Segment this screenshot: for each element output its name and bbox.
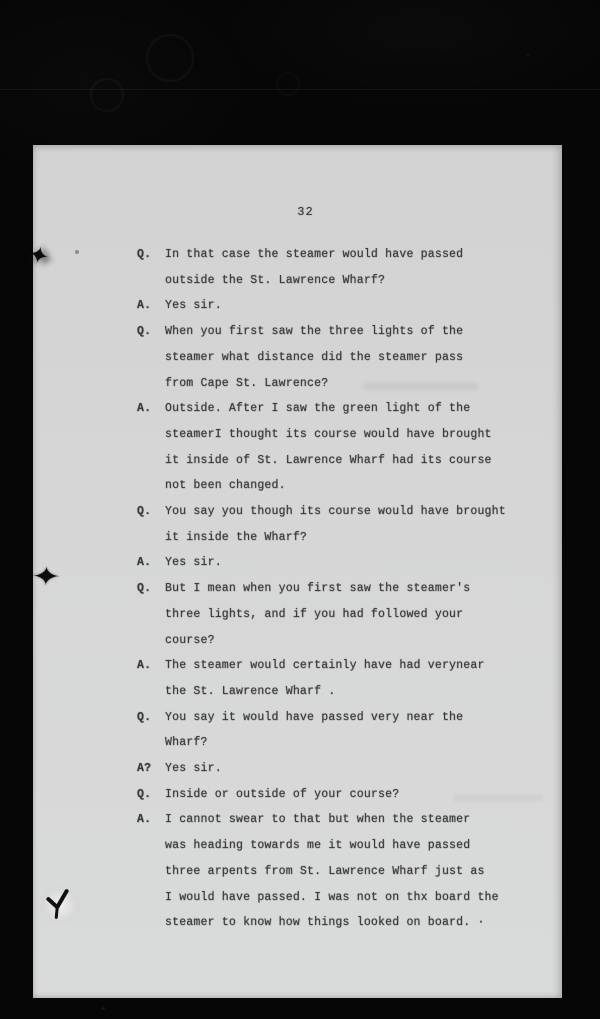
qa-lines: When you first saw the three lights of t… (165, 319, 534, 396)
qa-line: Outside. After I saw the green light of … (165, 396, 534, 422)
qa-entry: Q.You say you though its course would ha… (137, 499, 534, 550)
qa-line: not been changed. (165, 473, 534, 499)
qa-line: steamerI thought its course would have b… (165, 422, 534, 448)
qa-entry: Q.In that case the steamer would have pa… (137, 242, 534, 293)
film-ring-artifact (276, 72, 300, 96)
qa-line: was heading towards me it would have pas… (165, 833, 534, 859)
qa-line: Yes sir. (165, 756, 534, 782)
film-ring-artifact (90, 78, 124, 112)
qa-line: from Cape St. Lawrence? (165, 371, 534, 397)
qa-entry: Q.You say it would have passed very near… (137, 705, 534, 756)
qa-lines: But I mean when you first saw the steame… (165, 576, 534, 653)
qa-line: steamer to know how things looked on boa… (165, 910, 534, 936)
qa-line: three arpents from St. Lawrence Wharf ju… (165, 859, 534, 885)
film-ring-artifact (146, 34, 194, 82)
qa-line: In that case the steamer would have pass… (165, 242, 534, 268)
qa-line: Wharf? (165, 730, 534, 756)
ink-dot-mark (75, 250, 79, 254)
qa-line: You say you though its course would have… (165, 499, 534, 525)
ink-blot-star-icon: ✦ (30, 554, 62, 597)
qa-lines: In that case the steamer would have pass… (165, 242, 534, 293)
qa-label: Q. (137, 319, 165, 345)
qa-line: I would have passed. I was not on thx bo… (165, 885, 534, 911)
film-speck (102, 1007, 105, 1010)
qa-label: Q. (137, 499, 165, 525)
qa-line: outside the St. Lawrence Wharf? (165, 268, 534, 294)
qa-label: A. (137, 807, 165, 833)
qa-line: You say it would have passed very near t… (165, 705, 534, 731)
qa-line: the St. Lawrence Wharf . (165, 679, 534, 705)
qa-label: Q. (137, 705, 165, 731)
qa-label: Q. (137, 576, 165, 602)
ink-smudge (453, 795, 543, 801)
ink-smudge (363, 383, 478, 390)
qa-line: it inside of St. Lawrence Wharf had its … (165, 448, 534, 474)
qa-lines: You say you though its course would have… (165, 499, 534, 550)
qa-entry: A.I cannot swear to that but when the st… (137, 807, 534, 936)
qa-line: I cannot swear to that but when the stea… (165, 807, 534, 833)
film-speck (527, 54, 529, 56)
qa-label: Q. (137, 242, 165, 268)
qa-line: When you first saw the three lights of t… (165, 319, 534, 345)
qa-label: A. (137, 293, 165, 319)
page-number: 32 (297, 205, 313, 219)
qa-line: The steamer would certainly have had ver… (165, 653, 534, 679)
qa-lines: Yes sir. (165, 550, 534, 576)
qa-line: But I mean when you first saw the steame… (165, 576, 534, 602)
qa-label: A. (137, 653, 165, 679)
qa-line: it inside the Wharf? (165, 525, 534, 551)
qa-label: A? (137, 756, 165, 782)
qa-label: A. (137, 550, 165, 576)
qa-line: Yes sir. (165, 293, 534, 319)
qa-entry: A.The steamer would certainly have had v… (137, 653, 534, 704)
qa-lines: The steamer would certainly have had ver… (165, 653, 534, 704)
qa-lines: You say it would have passed very near t… (165, 705, 534, 756)
qa-line: Yes sir. (165, 550, 534, 576)
qa-label: Q. (137, 782, 165, 808)
qa-lines: I cannot swear to that but when the stea… (165, 807, 534, 936)
qa-lines: Outside. After I saw the green light of … (165, 396, 534, 499)
qa-entry: A.Yes sir. (137, 550, 534, 576)
qa-entry: Q.But I mean when you first saw the stea… (137, 576, 534, 653)
document-page: 32 Q.In that case the steamer would have… (33, 145, 562, 998)
qa-line: steamer what distance did the steamer pa… (165, 345, 534, 371)
ink-check-mark-icon (46, 890, 72, 925)
qa-entry: A?Yes sir. (137, 756, 534, 782)
scan-background: 32 Q.In that case the steamer would have… (0, 0, 600, 1019)
qa-lines: Yes sir. (165, 756, 534, 782)
qa-entry: A.Yes sir. (137, 293, 534, 319)
qa-lines: Yes sir. (165, 293, 534, 319)
qa-entry: A.Outside. After I saw the green light o… (137, 396, 534, 499)
qa-list: Q.In that case the steamer would have pa… (137, 242, 534, 936)
qa-label: A. (137, 396, 165, 422)
qa-line: course? (165, 628, 534, 654)
film-scratch-line (0, 89, 600, 90)
qa-line: three lights, and if you had followed yo… (165, 602, 534, 628)
